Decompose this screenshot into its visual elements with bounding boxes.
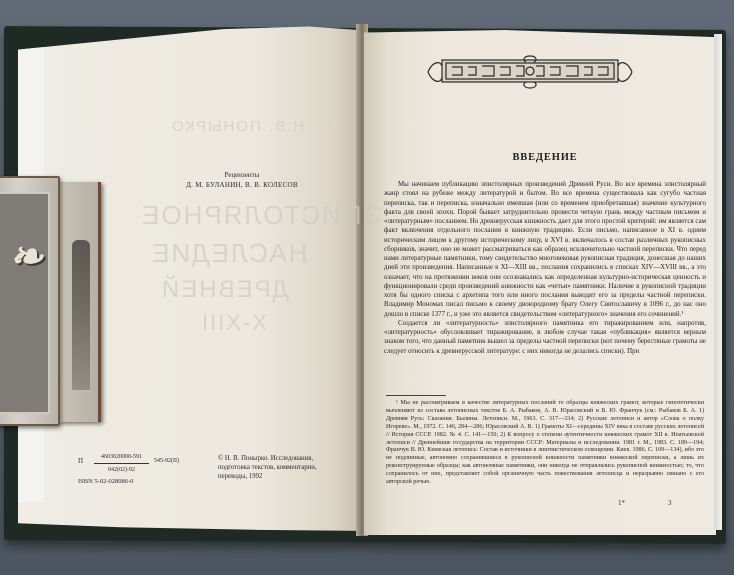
imprint-fraction: 4603020000-591 042(02)-92 [94,452,149,475]
figure-illustration-icon [72,240,90,390]
paragraph: Мы начинаем публикацию эпистолярных прои… [384,180,706,319]
imprint-prefix: П [78,456,83,466]
signature-mark: 1* [618,498,625,508]
reviewers-names: Д. М. БУЛАНИН, В. В. КОЛЕСОВ [157,180,327,190]
footnote-rule [386,395,446,396]
ghost-text-line: НАСЛЕДИЕ [150,238,308,269]
decorative-box: ❧ [0,170,102,422]
reviewers-block: Рецензенты Д. М. БУЛАНИН, В. В. КОЛЕСОВ [157,170,327,190]
fraction-top: 4603020000-591 [94,452,149,462]
ghost-text-author: Н.В. ПОНЫРКО [170,118,304,135]
page-edges [714,34,722,530]
box-lid-panel: ❧ [0,192,50,414]
paragraph: Создается ли «литературность» эпистолярн… [384,319,706,356]
imprint-code: 545-92(II) [154,456,179,466]
box-lid: ❧ [0,176,60,426]
ornament-headpiece-icon [420,54,640,90]
fraction-bottom: 042(02)-92 [94,465,149,475]
chapter-title: ВВЕДЕНИЕ [380,152,710,163]
footnote-text: ¹ Мы не рассматриваем в качестве литерат… [386,400,704,487]
reviewers-label: Рецензенты [157,170,327,180]
ghost-text-line: X-XIII [200,310,267,336]
box-side [58,182,101,422]
body-text: Мы начинаем публикацию эпистолярных прои… [384,180,706,356]
page-number: 3 [668,498,672,508]
isbn: ISBN 5-02-028086-0 [78,477,133,487]
footnote: ¹ Мы не рассматриваем в качестве литерат… [386,400,704,487]
copyright-notice: © Н. В. Понырко. Исследования, подготовк… [218,454,344,481]
ghost-text-line: ЭПИСТОЛЯРНОЕ [140,200,382,231]
ghost-text-line: ДРЕВНЕЙ [160,276,289,304]
script-lettering-icon: ❧ [2,234,46,394]
fraction-line [94,463,149,464]
